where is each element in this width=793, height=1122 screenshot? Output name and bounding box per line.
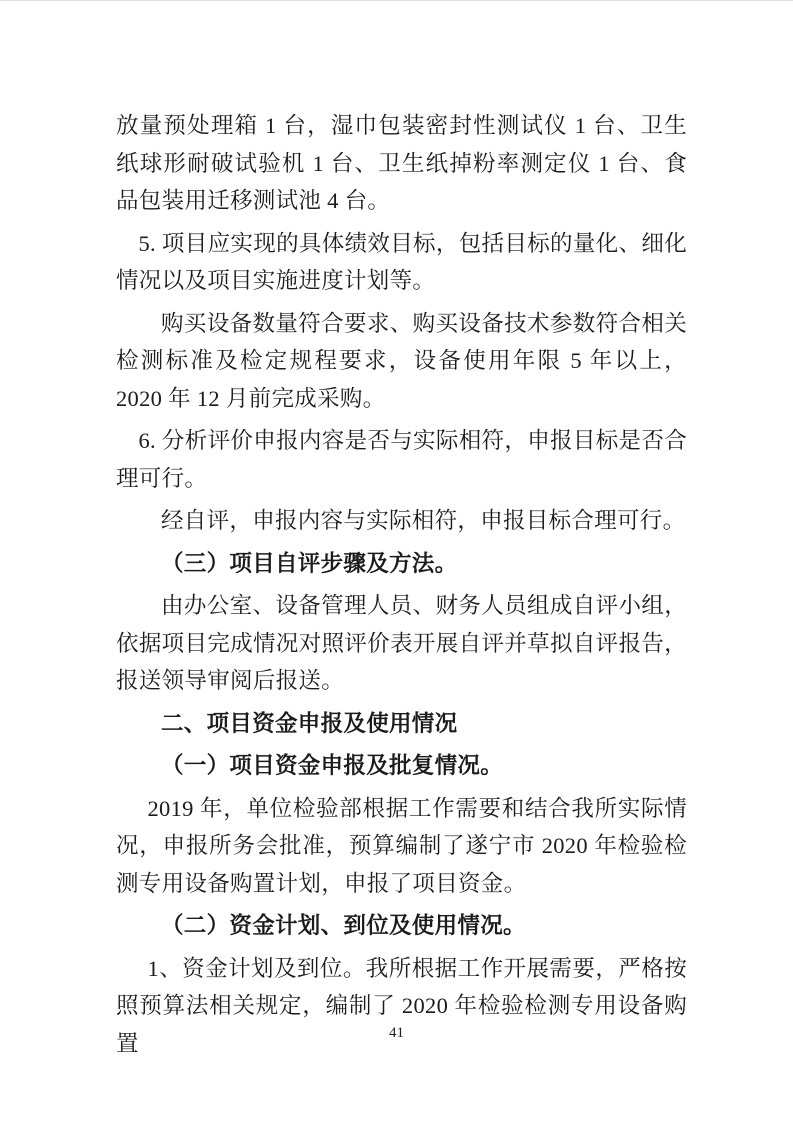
page-body: 放量预处理箱 1 台，湿巾包装密封性测试仪 1 台、卫生纸球形耐破试验机 1 台…	[116, 107, 687, 1062]
body-paragraph: 1、资金计划及到位。我所根据工作开展需要，严格按照预算法相关规定，编制了 202…	[116, 950, 687, 1063]
body-paragraph: 放量预处理箱 1 台，湿巾包装密封性测试仪 1 台、卫生纸球形耐破试验机 1 台…	[116, 107, 687, 220]
body-paragraph: 2019 年，单位检验部根据工作需要和结合我所实际情况，申报所务会批准，预算编制…	[116, 790, 687, 903]
body-paragraph: 6. 分析评价申报内容是否与实际相符，申报目标是否合理可行。	[116, 422, 687, 497]
subsection-heading: （三）项目自评步骤及方法。	[116, 545, 687, 583]
body-paragraph: 5. 项目应实现的具体绩效目标，包括目标的量化、细化情况以及项目实施进度计划等。	[116, 225, 687, 300]
page-number: 41	[0, 1023, 793, 1043]
body-paragraph: 经自评，申报内容与实际相符，申报目标合理可行。	[116, 502, 687, 540]
document-page: 放量预处理箱 1 台，湿巾包装密封性测试仪 1 台、卫生纸球形耐破试验机 1 台…	[0, 0, 793, 1122]
subsection-heading: （二）资金计划、到位及使用情况。	[116, 907, 687, 945]
body-paragraph: 购买设备数量符合要求、购买设备技术参数符合相关检测标准及检定规程要求，设备使用年…	[116, 305, 687, 418]
body-paragraph: 由办公室、设备管理人员、财务人员组成自评小组，依据项目完成情况对照评价表开展自评…	[116, 587, 687, 700]
subsection-heading: （一）项目资金申报及批复情况。	[116, 747, 687, 785]
section-heading: 二、项目资金申报及使用情况	[116, 705, 687, 743]
